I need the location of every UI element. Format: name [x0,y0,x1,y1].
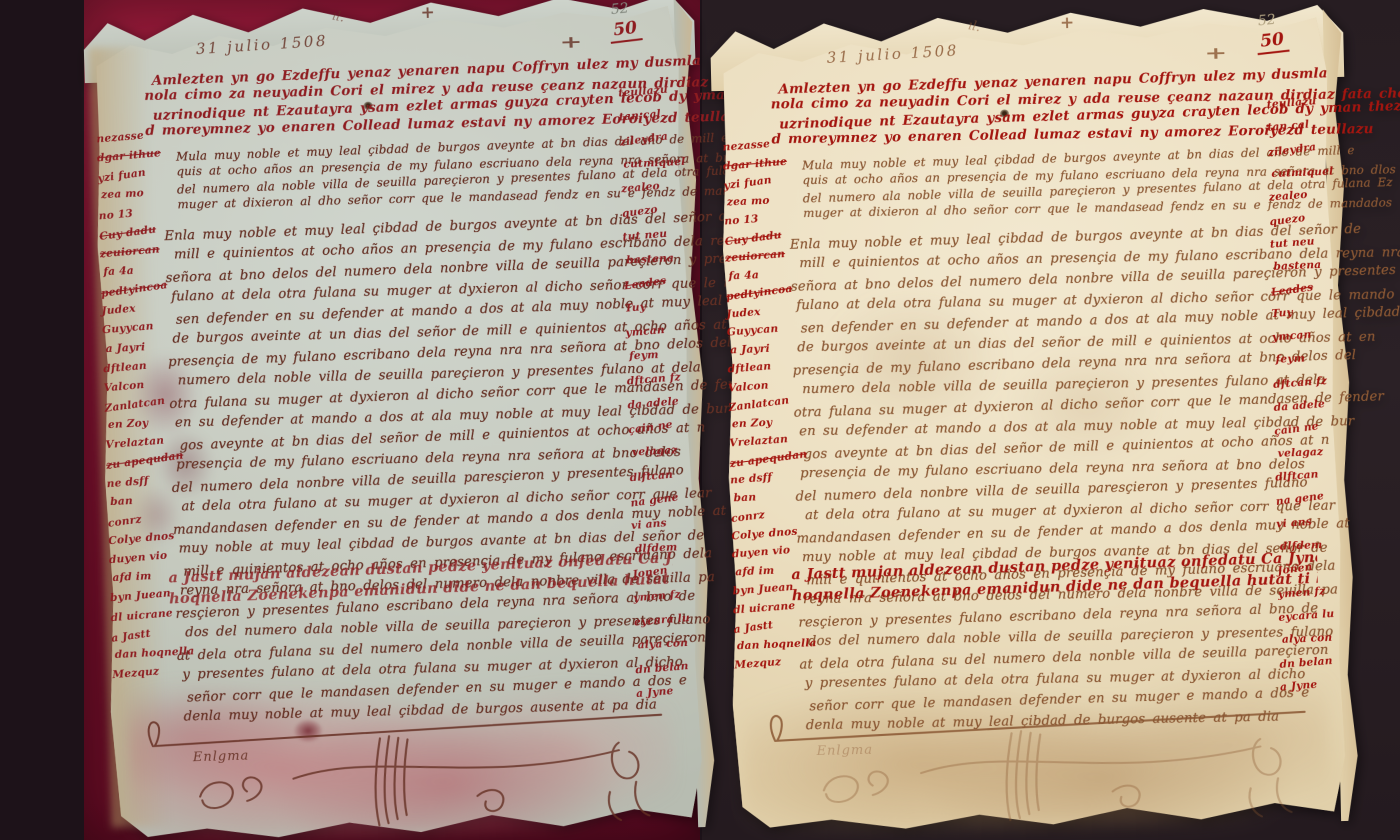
margin-note: pedtyincoa [726,284,789,303]
margin-note: afd im [735,564,797,577]
margin-note: conrz [731,506,794,525]
margin-note: dgar ithue [723,156,786,172]
margin-note: zea mo [101,188,163,202]
margin-note: ne dsff [730,471,793,487]
margin-note: Tuy [624,302,646,315]
margin-note: Judex [101,302,164,318]
margin-note: zea mo [727,194,789,207]
margin-note: çain ne [628,420,674,437]
margin-note: dlftcan [629,469,673,484]
margin-note: tut neu [622,229,667,244]
margin-note: a Jyne [636,686,674,700]
old-folio-number: 52 [1257,12,1276,30]
margin-note: Tuy [1271,307,1293,320]
margin-note: dl uicrane [110,608,173,624]
margin-note: afd im [112,570,174,584]
margin-note: vi ans [631,518,667,532]
margin-notes-left: nezassedgar ithueyzi fuanzea mono 13Cuy … [723,140,797,670]
margin-note: yzi fuan [97,166,160,185]
margin-note: yzi fuan [723,173,786,192]
margin-note: en Zoy [108,417,170,431]
margin-note: da adele [627,397,679,412]
margin-note: çain ne [1274,422,1320,439]
margin-note: Cuy dadu [99,223,162,242]
page-content: ıl. 31 julio 1508 + + 52 50 Amlezten yn … [88,0,706,840]
margin-note: nezasse [722,138,785,154]
margin-note: eycara lu [634,613,691,629]
margin-note: zeuiorcan [725,249,788,265]
margin-note: fa 4a [103,264,165,278]
margin-note: feym [629,350,659,362]
margin-note: zileydra [1267,142,1316,159]
margin-note: Leades [624,276,667,293]
margin-note: Mezquz [112,665,175,681]
margin-note: zealeo [621,181,660,195]
margin-note: velagaz [1278,447,1324,460]
margin-note: Colye dnos [108,531,171,547]
margin-note: teullazu [1266,96,1316,111]
margin-note: dgar ithue [97,148,160,164]
margin-note: a Jayri [105,341,167,355]
margin-note: vi ans [1276,516,1312,530]
margin-note: zealeo [1269,190,1308,204]
notarial-body-text: Mula muy noble et muy leal çibdad de bur… [162,134,643,729]
margin-note: ban [733,490,795,503]
manuscript-page-original: ıl. 31 julio 1508 + + 52 50 Amlezten yn … [88,0,706,840]
margin-note: fa 4a [728,268,790,281]
signature-rubrics: Enlgma [761,720,1315,836]
margin-note: Guyycan [727,323,790,339]
margin-note: Judex [726,304,789,320]
page-body: { "colors": { "background_dark": "#1d121… [0,0,1400,840]
margin-note: cutmiquel [1271,166,1333,179]
margin-note: bastena [626,253,674,266]
cross-mark: + [1204,43,1227,64]
margin-note: dftlean [103,359,166,375]
old-folio-number: 52 [610,0,629,18]
date-heading: 31 julio 1508 [195,32,328,58]
margin-note: byn Juean [732,582,795,598]
margin-note: dan hoqnella [737,638,799,651]
basque-opening-lines: Amlezten yn go Ezdeffu yenaz yenaren nap… [152,56,660,141]
margin-note: Leades [1271,282,1314,298]
margin-note: quezo [621,205,658,221]
margin-note: byn Juean [110,589,173,605]
margin-note: dn belan [635,661,689,676]
margin-note: na gene [630,492,679,509]
margin-note: zu apequdan [106,453,169,472]
margin-note: Zanlatcan [104,396,167,415]
margin-note: teullazu [618,85,668,100]
margin-note: dftlean [727,360,790,376]
margin-note: feym [1275,354,1305,366]
margin-note: Vrelaztan [105,435,168,451]
manuscript-page-restored: ıl. 31 julio 1508 + + 52 50 Amlezten yn … [715,9,1349,835]
margin-note: duyen vio [109,550,172,566]
page-content: ıl. 31 julio 1508 + + 52 50 Amlezten yn … [715,9,1349,835]
margin-note: quezo [1269,212,1306,227]
margin-note: Zanlatcan [728,395,791,414]
cross-mark: + [559,32,582,53]
margin-note: bastena [1273,260,1321,273]
cross-mark-top: + [420,3,435,23]
margin-note: en Zoy [732,416,794,429]
margin-note: tut neu [1270,236,1315,250]
pen-trial-mark: ıl. [330,9,345,26]
margin-note: zeuiorcan [100,244,163,260]
margin-note: no 13 [98,206,161,222]
margin-note: Vrelaztan [729,434,792,450]
margin-note: a Jastt [733,617,796,636]
margin-note: dl uicrane [733,600,796,616]
folio-number: 50 [608,17,642,44]
margin-note: na gene [1275,491,1324,508]
margin-note: tan cal [1267,120,1310,134]
margin-note: alya con [1282,633,1333,646]
margin-note: Valcon [104,378,167,394]
margin-note: a Jayri [730,342,792,355]
margin-note: a Jastt [111,625,174,644]
margin-note: Cuy dadu [724,229,787,248]
rubric-flourishes [761,720,1315,836]
signature-rubrics: Enlgma [139,724,672,840]
basque-opening-lines: Amlezten yn go Ezdeffu yenaz yenaren nap… [778,68,1307,150]
margin-note: a Jyne [1280,679,1318,693]
margin-note: alya con [638,638,689,651]
margin-note: eycara lu [1278,609,1335,624]
pen-trial-mark: ıl. [966,18,981,35]
notarial-body-text: Mula muy noble et muy leal çibdad de bur… [788,145,1287,737]
margin-note: nezasse [96,129,159,145]
rubric-flourishes [139,724,672,840]
margin-notes-right: teullazutan calzileydracutmiquelzealeoqu… [1267,97,1344,692]
margin-note: dftcan fz [627,373,682,388]
margin-note: zu apequdan [729,451,792,470]
margin-note: dan hoqnella [115,647,177,661]
margin-note: cutmiquel [623,157,685,171]
manuscript-photo: ıl. 31 julio 1508 + + 52 50 Amlezten yn … [0,0,1400,840]
margin-note: Guyycan [102,321,165,337]
margin-note: Mezquz [734,656,797,672]
margin-note: ymcan [625,325,665,339]
margin-note: no 13 [724,212,787,228]
date-heading: 31 julio 1508 [826,41,959,67]
margin-note: ymcan [1272,330,1312,344]
margin-note: ne dsff [106,474,169,490]
margin-note: velagaz [632,446,678,459]
margin-note: dlftcan [1275,469,1319,483]
margin-note: da adele [1273,399,1325,414]
margin-note: tan cal [619,109,662,123]
margin-note: zileydra [619,131,668,148]
folio-number: 50 [1255,29,1289,55]
margin-note: dn belan [1279,655,1333,670]
margin-note: ban [110,494,172,508]
cross-mark-top: + [1060,13,1075,33]
margin-note: pedtyincoa [101,281,164,300]
margin-note: conrz [107,510,170,529]
margin-note: duyen vio [732,545,795,561]
margin-note: Valcon [728,378,791,394]
margin-note: dftcan fz [1273,376,1328,391]
margin-note: Colye dnos [731,526,794,542]
